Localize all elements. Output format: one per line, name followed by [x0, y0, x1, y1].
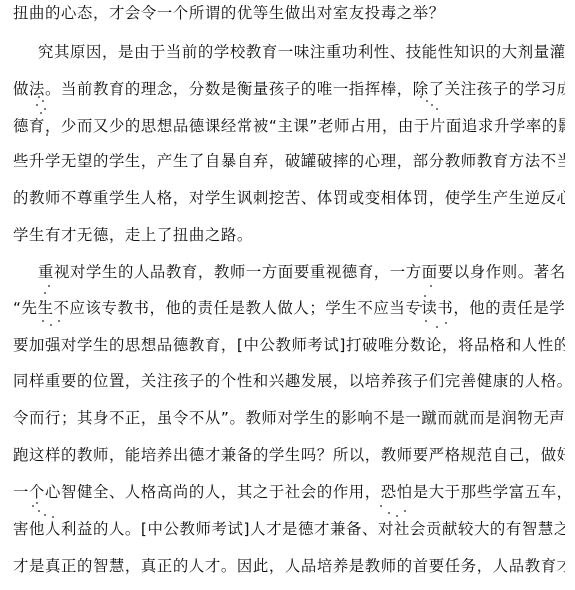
text-line-1: 扭曲的心态，才会令一个所谓的优等生做出对室友投毒之举？	[13, 3, 565, 23]
text-line-9-quote: “先生不应该专教书，他的责任是教人做人；学生不应当专读书，他的责任是学习人生之道…	[13, 298, 565, 318]
text-line-16: 才是真正的智慧，真正的人才。因此，人品培养是教师的首要任务，人品教育才是最好的教…	[13, 556, 565, 576]
text-line-4: 德育，少而又少的思想品德课经常被“主课”老师占用，由于片面追求升学率的影响，重智…	[13, 116, 565, 136]
text-line-7: 学生有才无德，走上了扭曲之路。	[13, 225, 565, 245]
text-line-2-paragraph-start: 究其原因，是由于当前的学校教育一味注重功利性、技能性知识的大剂量灌输，轻忽人文教…	[38, 42, 565, 62]
text-line-6: 的教师不尊重学生人格，对学生讽刺挖苦、体罚或变相体罚，使学生产生逆反心理。所以，…	[13, 188, 565, 208]
text-line-14: 一个心智健全、人格高尚的人，其之于社会的作用，恐怕是大于那些学富五车，却不惜为了…	[13, 482, 565, 502]
scanned-document-page: 扭曲的心态，才会令一个所谓的优等生做出对室友投毒之举？ 究其原因，是由于当前的学…	[0, 0, 575, 590]
text-line-10: 要加强对学生的思想品德教育，[中公教师考试]打破唯分数论，将品格和人性的培养与传…	[13, 335, 565, 355]
text-line-12: 令而行；其身不正，虽令不从”。教师对学生的影响不是一蹴而就而是润物无声的过程，试…	[13, 408, 565, 428]
text-line-5: 些升学无望的学生，产生了自暴自弃，破罐破摔的心理，部分教师教育方法不当，只教书不…	[13, 151, 565, 171]
text-line-8-paragraph-start: 重视对学生的人品教育，教师一方面要重视德育，一方面要以身作则。著名教育家陶行知认…	[38, 262, 565, 282]
text-line-15: 害他人利益的人。[中公教师考试]人才是德才兼备、对社会贡献较大的有智慧之人，而德…	[13, 519, 565, 539]
text-line-11: 同样重要的位置，关注孩子的个性和兴趣发展，以培养孩子们完善健康的人格。此外，“其…	[13, 371, 565, 391]
text-line-3: 做法。当前教育的理念，分数是衡量孩子的唯一指挥棒，除了关注孩子的学习成绩之外，教…	[13, 79, 565, 99]
text-line-13: 跑这样的教师，能培养出德才兼备的学生吗？所以，教师要严格规范自己，做好学生品德上…	[13, 445, 565, 465]
